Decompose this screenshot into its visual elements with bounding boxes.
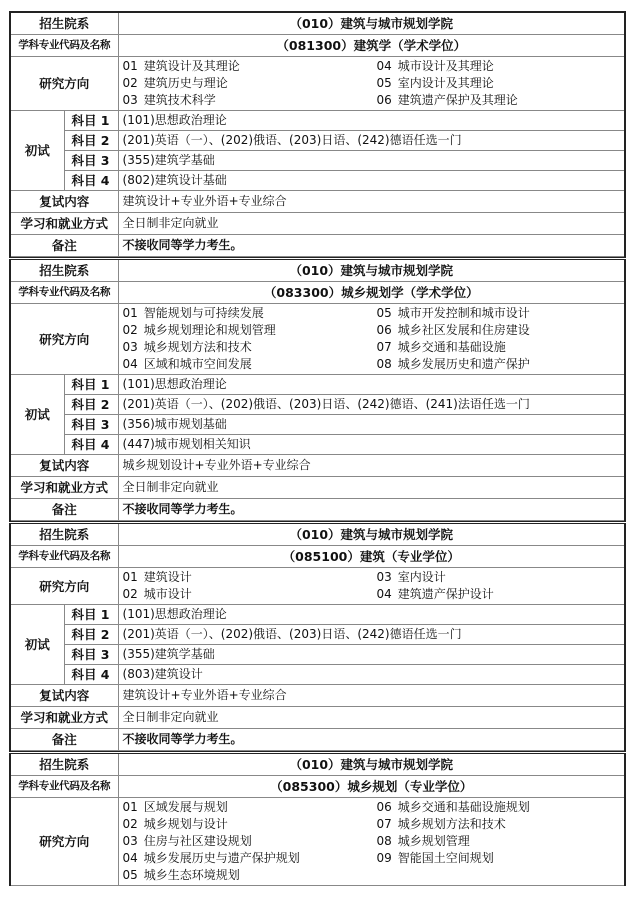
major-label: 学科专业代码及名称	[10, 546, 118, 568]
direction-item: 04建筑遗产保护设计	[377, 586, 494, 603]
dept-label: 招生院系	[10, 259, 118, 282]
direction-item: 02城乡规划理论和规划管理	[123, 322, 377, 339]
directions-list: 01建筑设计 02城市设计 03室内设计 04建筑遗产保护设计	[118, 568, 625, 605]
retest-label: 复试内容	[10, 685, 118, 707]
program-block-083300: 招生院系 （010）建筑与城市规划学院 学科专业代码及名称 （083300）城乡…	[9, 257, 626, 521]
remarks-label: 备注	[10, 729, 118, 751]
subject-label: 科目 2	[64, 131, 118, 151]
direction-item: 08城乡发展历史和遗产保护	[377, 356, 530, 373]
study-mode-value: 全日制非定向就业	[118, 707, 625, 729]
prelim-label: 初试	[10, 375, 64, 455]
directions-label: 研究方向	[10, 798, 118, 886]
subject-value: (802)建筑设计基础	[118, 171, 625, 191]
subject-value: (201)英语（一）、(202)俄语、(203)日语、(242)德语、(241)…	[118, 395, 625, 415]
direction-item: 07城乡规划方法和技术	[377, 816, 530, 833]
remarks-value: 不接收同等学力考生。	[118, 499, 625, 521]
retest-label: 复试内容	[10, 455, 118, 477]
major-label: 学科专业代码及名称	[10, 35, 118, 57]
dept-value: （010）建筑与城市规划学院	[118, 753, 625, 776]
directions-label: 研究方向	[10, 568, 118, 605]
directions-list: 01区域发展与规划 02城乡规划与设计 03住房与社区建设规划 04城乡发展历史…	[118, 798, 625, 886]
direction-item: 05室内设计及其理论	[377, 75, 518, 92]
retest-value: 建筑设计+专业外语+专业综合	[118, 191, 625, 213]
direction-item: 03建筑技术科学	[123, 92, 377, 109]
major-label: 学科专业代码及名称	[10, 282, 118, 304]
retest-label: 复试内容	[10, 191, 118, 213]
subject-value: (355)建筑学基础	[118, 151, 625, 171]
dept-value: （010）建筑与城市规划学院	[118, 523, 625, 546]
direction-item: 02城市设计	[123, 586, 377, 603]
subject-value: (101)思想政治理论	[118, 111, 625, 131]
dept-value: （010）建筑与城市规划学院	[118, 12, 625, 35]
subject-value: (201)英语（一）、(202)俄语、(203)日语、(242)德语任选一门	[118, 625, 625, 645]
subject-label: 科目 2	[64, 395, 118, 415]
direction-item: 04区域和城市空间发展	[123, 356, 377, 373]
admissions-catalog: 招生院系 （010）建筑与城市规划学院 学科专业代码及名称 （081300）建筑…	[9, 11, 626, 886]
direction-item: 05城市开发控制和城市设计	[377, 305, 530, 322]
direction-item: 05城乡生态环境规划	[123, 867, 377, 884]
remarks-value: 不接收同等学力考生。	[118, 235, 625, 257]
direction-item: 04城乡发展历史与遗产保护规划	[123, 850, 377, 867]
subject-value: (355)建筑学基础	[118, 645, 625, 665]
subject-label: 科目 4	[64, 665, 118, 685]
direction-item: 03室内设计	[377, 569, 494, 586]
direction-item: 08城乡规划管理	[377, 833, 530, 850]
direction-item: 06城乡交通和基础设施规划	[377, 799, 530, 816]
directions-list: 01建筑设计及其理论 02建筑历史与理论 03建筑技术科学 04城市设计及其理论…	[118, 57, 625, 111]
direction-item: 02城乡规划与设计	[123, 816, 377, 833]
dept-label: 招生院系	[10, 753, 118, 776]
study-mode-label: 学习和就业方式	[10, 213, 118, 235]
dept-value: （010）建筑与城市规划学院	[118, 259, 625, 282]
direction-item: 06建筑遗产保护及其理论	[377, 92, 518, 109]
subject-value: (803)建筑设计	[118, 665, 625, 685]
directions-label: 研究方向	[10, 57, 118, 111]
direction-item: 03住房与社区建设规划	[123, 833, 377, 850]
retest-value: 建筑设计+专业外语+专业综合	[118, 685, 625, 707]
direction-item: 01区域发展与规划	[123, 799, 377, 816]
prelim-label: 初试	[10, 111, 64, 191]
direction-item: 01智能规划与可持续发展	[123, 305, 377, 322]
major-value: （081300）建筑学（学术学位）	[118, 35, 625, 57]
program-block-085100: 招生院系 （010）建筑与城市规划学院 学科专业代码及名称 （085100）建筑…	[9, 521, 626, 751]
major-value: （085100）建筑（专业学位）	[118, 546, 625, 568]
prelim-label: 初试	[10, 605, 64, 685]
subject-label: 科目 1	[64, 605, 118, 625]
direction-item: 07城乡交通和基础设施	[377, 339, 530, 356]
major-label: 学科专业代码及名称	[10, 776, 118, 798]
subject-value: (201)英语（一）、(202)俄语、(203)日语、(242)德语任选一门	[118, 131, 625, 151]
direction-item: 04城市设计及其理论	[377, 58, 518, 75]
remarks-label: 备注	[10, 235, 118, 257]
subject-label: 科目 3	[64, 415, 118, 435]
direction-item: 01建筑设计	[123, 569, 377, 586]
subject-value: (101)思想政治理论	[118, 605, 625, 625]
direction-item: 01建筑设计及其理论	[123, 58, 377, 75]
major-value: （083300）城乡规划学（学术学位）	[118, 282, 625, 304]
retest-value: 城乡规划设计+专业外语+专业综合	[118, 455, 625, 477]
dept-label: 招生院系	[10, 12, 118, 35]
direction-item: 06城乡社区发展和住房建设	[377, 322, 530, 339]
study-mode-label: 学习和就业方式	[10, 477, 118, 499]
study-mode-label: 学习和就业方式	[10, 707, 118, 729]
direction-item: 03城乡规划方法和技术	[123, 339, 377, 356]
subject-value: (447)城市规划相关知识	[118, 435, 625, 455]
subject-label: 科目 1	[64, 375, 118, 395]
subject-label: 科目 3	[64, 645, 118, 665]
subject-label: 科目 2	[64, 625, 118, 645]
remarks-label: 备注	[10, 499, 118, 521]
subject-label: 科目 1	[64, 111, 118, 131]
subject-value: (356)城市规划基础	[118, 415, 625, 435]
direction-item: 09智能国土空间规划	[377, 850, 530, 867]
subject-label: 科目 3	[64, 151, 118, 171]
subject-value: (101)思想政治理论	[118, 375, 625, 395]
subject-label: 科目 4	[64, 171, 118, 191]
program-block-081300: 招生院系 （010）建筑与城市规划学院 学科专业代码及名称 （081300）建筑…	[9, 11, 626, 257]
remarks-value: 不接收同等学力考生。	[118, 729, 625, 751]
dept-label: 招生院系	[10, 523, 118, 546]
directions-list: 01智能规划与可持续发展 02城乡规划理论和规划管理 03城乡规划方法和技术 0…	[118, 304, 625, 375]
directions-label: 研究方向	[10, 304, 118, 375]
study-mode-value: 全日制非定向就业	[118, 213, 625, 235]
subject-label: 科目 4	[64, 435, 118, 455]
program-block-085300: 招生院系 （010）建筑与城市规划学院 学科专业代码及名称 （085300）城乡…	[9, 751, 626, 886]
direction-item: 02建筑历史与理论	[123, 75, 377, 92]
major-value: （085300）城乡规划（专业学位）	[118, 776, 625, 798]
study-mode-value: 全日制非定向就业	[118, 477, 625, 499]
